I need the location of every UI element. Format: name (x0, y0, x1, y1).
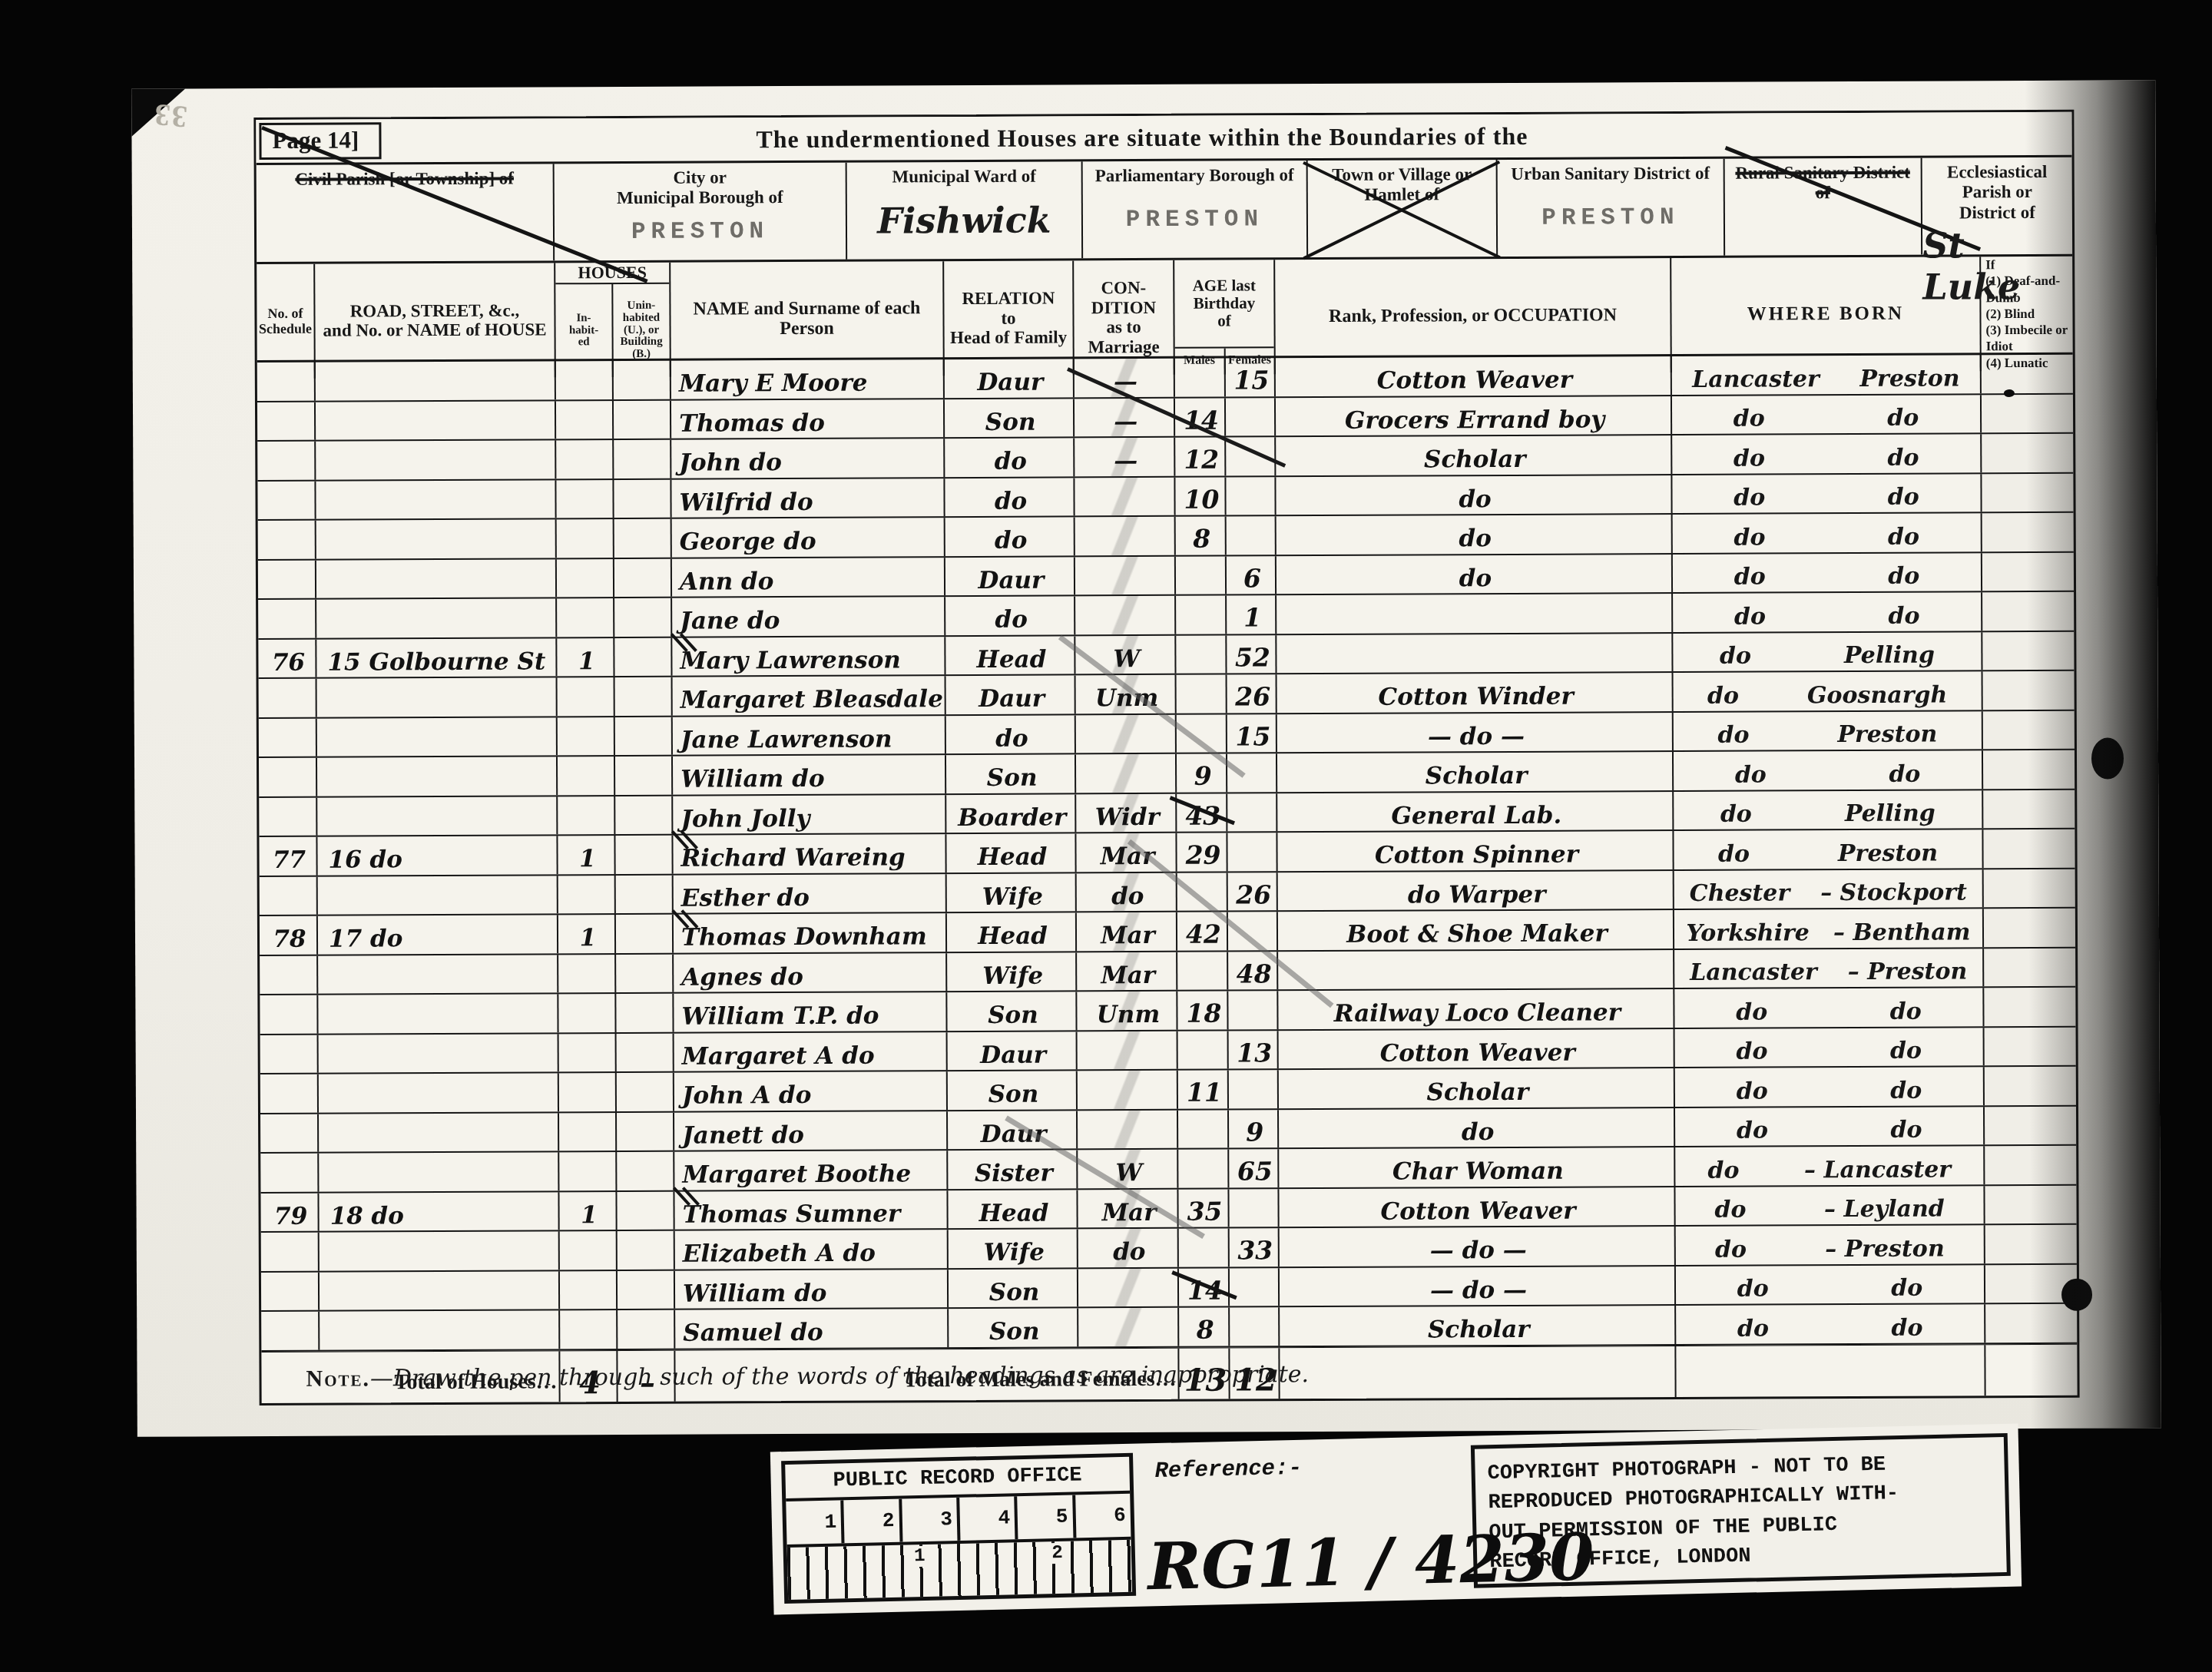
where-born-county: do (1737, 1315, 1769, 1343)
person-name: Jane Lawrenson (673, 716, 946, 755)
houses-inhabited (558, 796, 615, 835)
marriage-condition (1078, 1308, 1179, 1346)
person-name: John do (671, 439, 945, 478)
where-born: do do (1675, 1067, 1985, 1106)
where-born-place: do (1888, 484, 1919, 512)
occupation: do (1277, 555, 1673, 594)
marriage-condition: Mar (1077, 952, 1177, 990)
schedule-number (260, 995, 318, 1034)
ruler-cm-number: 5 (1018, 1495, 1077, 1539)
where-born-place: Pelling (1844, 642, 1935, 671)
marriage-condition (1078, 1110, 1178, 1148)
relation-to-head: Son (949, 1269, 1078, 1307)
houses-uninhabited (617, 1152, 674, 1190)
where-born: do – Leyland (1675, 1186, 1985, 1225)
where-born-county: do (1734, 563, 1766, 591)
schedule-number: 79 (260, 1193, 319, 1231)
totals-disability-blank (1985, 1344, 2081, 1396)
where-born: do do (1674, 750, 1983, 790)
where-born-place: do (1889, 760, 1920, 789)
occupation: Cotton Spinner (1277, 831, 1674, 871)
occupation: do Warper (1278, 871, 1674, 911)
disability-entry (1984, 869, 2080, 907)
person-name: Agnes do (674, 953, 947, 992)
age-male: 14 (1179, 1268, 1230, 1306)
houses-uninhabited (615, 757, 673, 795)
age-female (1227, 516, 1277, 555)
where-born-place: Preston (1838, 839, 1938, 869)
relation-to-head: Son (947, 992, 1077, 1030)
where-born-county: Yorkshire (1686, 919, 1810, 949)
ruler-inch-number: 2 (1048, 1543, 1066, 1564)
where-born: do Preston (1674, 711, 1983, 750)
houses-inhabited (557, 559, 614, 598)
road-street-house (317, 717, 558, 757)
relation-to-head: Boarder (946, 794, 1076, 833)
occupation (1278, 950, 1674, 990)
houses-inhabited (558, 677, 615, 716)
where-born-place: Preston (1837, 721, 1937, 750)
where-born-county: do (1735, 761, 1767, 790)
disability-entry (1982, 473, 2078, 512)
disability-entry (1982, 434, 2078, 472)
person-name: Ann do (672, 558, 945, 597)
disability-entry (1985, 1185, 2081, 1223)
schedule-number (257, 402, 316, 440)
schedule-number (261, 1272, 320, 1310)
houses-inhabited (557, 598, 614, 637)
houses-inhabited (557, 519, 614, 558)
disability-entry (1982, 394, 2078, 432)
person-name: Margaret Bleasdale (673, 676, 946, 715)
ruler-cm-number: 3 (902, 1498, 961, 1542)
where-born-place: do (1891, 1314, 1922, 1343)
where-born-county: do (1717, 722, 1749, 750)
road-street-house (319, 1152, 559, 1191)
age-male (1178, 1110, 1229, 1148)
where-born-county: do (1734, 603, 1766, 631)
film-frame-number: 33 (151, 97, 188, 135)
district-header-box: City or Municipal Borough of PRESTON (555, 163, 848, 261)
form-header-band: Page 14] The undermentioned Houses are s… (256, 112, 2071, 165)
occupation: do (1279, 1108, 1675, 1148)
houses-inhabited: 1 (558, 915, 616, 953)
age-female (1226, 398, 1276, 436)
where-born: do do (1675, 1107, 1985, 1146)
age-female: 9 (1229, 1110, 1279, 1148)
where-born-county: do (1737, 1078, 1768, 1106)
ruler-cm-number: 2 (844, 1499, 903, 1544)
age-female (1227, 793, 1277, 832)
where-born-place: do (1890, 1077, 1922, 1105)
occupation: Cotton Weaver (1279, 1029, 1675, 1069)
age-female (1228, 991, 1278, 1029)
schedule-number (261, 1233, 320, 1271)
pro-ruler-cm-scale: 123456 (786, 1494, 1131, 1548)
relation-to-head: Head (948, 1190, 1078, 1228)
age-male (1177, 952, 1228, 990)
age-male: 35 (1178, 1189, 1229, 1227)
where-born: Lancaster Preston (1672, 355, 1982, 394)
age-female: 15 (1227, 714, 1277, 753)
where-born-county: do (1707, 1157, 1739, 1185)
schedule-number (258, 600, 316, 638)
road-street-house (317, 757, 558, 796)
where-born: do – Lancaster (1675, 1146, 1985, 1185)
disability-entry (1982, 552, 2078, 591)
relation-to-head: Daur (945, 359, 1075, 397)
age-female: 6 (1227, 556, 1277, 594)
houses-inhabited (556, 401, 614, 439)
houses-inhabited (558, 757, 615, 795)
where-born: do do (1674, 988, 1984, 1027)
disability-entry (1985, 1027, 2081, 1065)
road-street-house (320, 1310, 560, 1349)
schedule-number (257, 481, 316, 519)
occupation: do (1276, 475, 1672, 515)
marriage-condition (1075, 556, 1176, 594)
where-born-place: do (1890, 1117, 1922, 1145)
where-born-place: Pelling (1845, 800, 1936, 829)
district-label: Ecclesiastical Parish or District of (1922, 161, 2072, 225)
road-street-house (316, 559, 557, 598)
relation-to-head: Son (948, 1071, 1078, 1109)
relation-to-head: Head (947, 912, 1077, 951)
reference-value: RG11 / 4230 (1147, 1518, 1595, 1604)
occupation: Scholar (1279, 1068, 1675, 1108)
road-street-house (318, 876, 558, 915)
note-body: —Draw the pen through such of the words … (370, 1361, 1309, 1392)
schedule-number (260, 876, 318, 915)
where-born-place: do (1887, 405, 1919, 433)
houses-inhabited (556, 440, 614, 478)
where-born: do do (1676, 1265, 1985, 1304)
occupation: Boot & Shoe Maker (1278, 910, 1674, 950)
disability-entry (1984, 909, 2080, 947)
person-name: William do (673, 755, 946, 794)
houses-inhabited (558, 876, 616, 914)
road-street-house (319, 1113, 559, 1152)
houses-inhabited (560, 1310, 618, 1349)
age-female (1229, 1070, 1279, 1108)
marriage-condition (1076, 714, 1177, 753)
where-born-place: do (1888, 602, 1919, 631)
houses-uninhabited (614, 519, 672, 558)
marriage-condition (1078, 1071, 1178, 1109)
where-born: do do (1673, 513, 1982, 552)
road-street-house (317, 677, 558, 717)
occupation: Char Woman (1279, 1147, 1675, 1187)
where-born-county: do (1734, 484, 1765, 512)
where-born: do do (1675, 1028, 1985, 1067)
disability-entry (1982, 592, 2078, 631)
person-name: Esther do (674, 874, 947, 913)
houses-uninhabited (614, 598, 672, 637)
age-female: 26 (1227, 674, 1277, 713)
where-born-place: – Leyland (1824, 1195, 1945, 1224)
houses-inhabited (558, 994, 616, 1032)
district-value: PRESTON (1541, 185, 1680, 256)
ink-blot (2061, 1279, 2092, 1311)
age-female: 33 (1230, 1228, 1280, 1266)
person-name: Margaret Boothe (674, 1151, 948, 1190)
age-male (1176, 635, 1227, 674)
where-born-county: do (1734, 405, 1765, 433)
where-born-place: – Preston (1825, 1235, 1945, 1264)
where-born: do do (1672, 474, 1982, 513)
where-born: do Pelling (1673, 632, 1982, 671)
occupation: Grocers Errand boy (1276, 396, 1672, 436)
houses-uninhabited (614, 637, 672, 676)
person-name: Wilfrid do (671, 478, 945, 518)
totals-born-blank (1676, 1345, 1985, 1397)
person-name: Janett do (674, 1111, 948, 1151)
houses-uninhabited (616, 915, 674, 953)
schedule-number (258, 521, 316, 559)
where-born-place: do (1890, 998, 1922, 1026)
road-street-house (316, 480, 556, 519)
houses-inhabited (559, 1113, 617, 1151)
age-male (1177, 675, 1227, 713)
age-male: 18 (1177, 992, 1228, 1030)
col-header-condition: CON- DITION as to Marriage (1074, 260, 1175, 375)
col-header-houses-group: HOUSES In- habit- ed Unin- habited (U.),… (555, 263, 671, 377)
where-born: do do (1673, 553, 1982, 592)
schedule-number: 78 (260, 916, 318, 955)
age-male (1178, 1031, 1229, 1069)
totals-occupation-blank (1280, 1346, 1676, 1398)
schedule-number: 77 (259, 837, 317, 876)
houses-uninhabited (618, 1310, 675, 1349)
where-born: do Preston (1674, 829, 1983, 869)
road-street-house (318, 955, 558, 994)
schedule-number (259, 758, 317, 796)
schedule-number (258, 560, 316, 598)
houses-uninhabited (614, 440, 671, 478)
relation-to-head: do (946, 715, 1076, 753)
relation-to-head: Wife (947, 873, 1077, 912)
age-male: 11 (1178, 1071, 1229, 1109)
where-born: Lancaster – Preston (1674, 949, 1984, 988)
district-label: Parliamentary Borough of (1091, 164, 1299, 188)
district-label: City or Municipal Borough of (612, 166, 788, 210)
relation-to-head: do (945, 517, 1075, 555)
person-name: Jane do (672, 597, 945, 636)
relation-to-head: do (945, 478, 1075, 516)
road-street-house (316, 440, 556, 479)
where-born-county: do (1736, 998, 1767, 1027)
person-name: Mary Lawrenson (672, 637, 945, 676)
where-born-county: do (1718, 840, 1750, 869)
col-header-age-group: AGE last Birthday of Males Females (1174, 260, 1276, 374)
person-name: Mary E Moore (671, 359, 945, 399)
where-born-county: do (1720, 801, 1752, 829)
page-number-label: Page 14] (259, 122, 381, 160)
census-form-paper: 33 Page 14] The undermentioned Houses ar… (131, 80, 2161, 1436)
houses-inhabited (556, 480, 614, 518)
road-street-house (316, 519, 557, 558)
person-name: George do (672, 518, 945, 557)
where-born-county: Lancaster (1690, 959, 1817, 988)
where-born-place: – Preston (1848, 958, 1968, 987)
houses-uninhabited (614, 361, 671, 399)
pro-reference-section: Reference:- RG11 / 4230 (1141, 1436, 1475, 1607)
road-street-house (320, 1271, 560, 1310)
where-born-place: Goosnargh (1807, 681, 1948, 710)
marriage-condition: do (1078, 1229, 1179, 1267)
houses-uninhabited (614, 558, 672, 597)
schedule-number (261, 1312, 320, 1350)
ink-blot (2091, 737, 2124, 779)
houses-inhabited: 1 (559, 1192, 617, 1230)
ruler-cm-number: 4 (959, 1496, 1018, 1541)
ruler-cm-number: 1 (786, 1500, 845, 1545)
where-born: do do (1676, 1304, 1985, 1343)
relation-to-head: Daur (948, 1111, 1078, 1149)
houses-inhabited (556, 361, 614, 399)
marriage-condition (1076, 754, 1177, 793)
disability-entry (1985, 1264, 2081, 1303)
age-male: 10 (1175, 477, 1226, 515)
occupation: Scholar (1277, 752, 1674, 792)
disability-entry (1983, 710, 2079, 749)
relation-to-head: Head (946, 833, 1076, 872)
where-born-place: – Bentham (1833, 919, 1971, 948)
houses-uninhabited (617, 1073, 674, 1111)
where-born-place: do (1891, 1275, 1922, 1303)
where-born-place: do (1888, 523, 1919, 551)
houses-uninhabited (617, 1033, 674, 1071)
houses-uninhabited (615, 677, 673, 716)
occupation: Cotton Winder (1277, 673, 1674, 713)
where-born-county: Chester (1690, 879, 1790, 909)
occupation (1277, 634, 1673, 674)
reference-label: Reference:- (1141, 1436, 1472, 1485)
houses-uninhabited (616, 994, 674, 1032)
marriage-condition: Unm (1076, 675, 1177, 713)
pen-cross-mark (1308, 160, 1497, 257)
note-prefix: Note. (306, 1366, 370, 1391)
schedule-number: 76 (258, 639, 316, 677)
where-born-place: do (1890, 1038, 1922, 1066)
district-value: St Luke (1922, 224, 2073, 314)
age-female (1230, 1307, 1280, 1346)
person-name: Thomas Sumner (674, 1190, 948, 1230)
public-record-office-stamp: PUBLIC RECORD OFFICE 123456 1 2 Referenc… (770, 1424, 2022, 1615)
road-street-house (319, 1073, 559, 1112)
age-female: 65 (1229, 1149, 1279, 1187)
disability-entry (1983, 750, 2079, 789)
occupation: Scholar (1276, 435, 1672, 475)
age-female: 1 (1227, 595, 1277, 634)
houses-uninhabited (618, 1270, 675, 1309)
person-name: John Jolly (673, 795, 946, 834)
where-born: do do (1672, 434, 1982, 473)
schedule-number (260, 1114, 319, 1152)
schedule-number (260, 1154, 319, 1192)
where-born-county: do (1736, 1038, 1767, 1066)
where-born: do – Preston (1676, 1225, 1985, 1264)
road-street-house (316, 361, 556, 400)
schedule-number (257, 363, 316, 401)
district-value: PRESTON (1126, 187, 1264, 258)
where-born-place: do (1887, 444, 1919, 472)
ink-blot (2004, 389, 2015, 397)
schedule-number (259, 718, 317, 757)
schedule-number (260, 1035, 319, 1073)
marriage-condition: — (1075, 438, 1175, 476)
where-born-county: do (1714, 1197, 1746, 1225)
district-value: PRESTON (631, 210, 770, 260)
person-name: Thomas do (671, 399, 945, 439)
occupation: — do — (1280, 1227, 1676, 1266)
disability-entry (1984, 988, 2080, 1026)
road-street-house: 15 Golbourne St (316, 638, 557, 677)
where-born-place: do (1888, 563, 1919, 591)
where-born: do do (1673, 592, 1982, 631)
disability-entry (1985, 1146, 2081, 1184)
houses-inhabited (559, 1152, 617, 1190)
district-header-box: Ecclesiastical Parish or District of St … (1922, 157, 2073, 255)
relation-to-head: Sister (948, 1150, 1078, 1188)
pro-ruler-inch-scale: 1 2 (787, 1540, 1132, 1600)
relation-to-head: Head (945, 636, 1075, 674)
district-label: Civil Parish [or Township] of (290, 167, 518, 192)
relation-to-head: Son (949, 1308, 1078, 1346)
age-female: 26 (1228, 872, 1278, 911)
marriage-condition: Unm (1077, 992, 1177, 1030)
where-born-county: do (1737, 1117, 1768, 1145)
relation-to-head: do (945, 596, 1075, 634)
houses-uninhabited (615, 796, 673, 834)
disability-entry (1985, 1067, 2081, 1105)
road-street-house (316, 401, 556, 440)
age-male: 8 (1179, 1308, 1230, 1346)
relation-to-head: Wife (947, 952, 1077, 991)
col-header-relation: RELATION to Head of Family (944, 260, 1075, 375)
relation-to-head: do (945, 438, 1075, 476)
person-name: John A do (674, 1071, 948, 1111)
disability-entry (1983, 829, 2079, 868)
disability-entry (1985, 1106, 2081, 1144)
schedule-number (260, 1074, 319, 1113)
district-label: Rural Sanitary District of (1725, 161, 1921, 206)
district-header-box: Parliamentary Borough of PRESTON (1083, 161, 1309, 258)
houses-inhabited (559, 1034, 617, 1072)
person-name: Richard Wareing (673, 834, 946, 873)
relation-to-head: Son (946, 754, 1076, 793)
district-label: Urban Sanitary District of (1506, 162, 1714, 187)
age-female (1226, 477, 1276, 515)
where-born: Chester – Stockport (1674, 869, 1984, 909)
ruler-cm-number: 6 (1075, 1494, 1131, 1538)
where-born-county: do (1734, 524, 1765, 552)
district-value: Fishwick (877, 188, 1051, 260)
houses-uninhabited (616, 875, 674, 913)
occupation: Cotton Weaver (1276, 356, 1672, 396)
marriage-condition (1075, 596, 1176, 634)
marriage-condition (1075, 517, 1176, 555)
road-street-house (320, 1231, 560, 1270)
occupation: General Lab. (1277, 792, 1674, 832)
col-header-age: AGE last Birthday of (1174, 260, 1273, 348)
road-street-house (318, 994, 558, 1033)
person-name: Margaret A do (674, 1032, 948, 1071)
road-street-house (319, 1034, 559, 1073)
disability-entry (1985, 1304, 2081, 1343)
age-male: 43 (1177, 793, 1227, 832)
houses-uninhabited (614, 479, 671, 518)
